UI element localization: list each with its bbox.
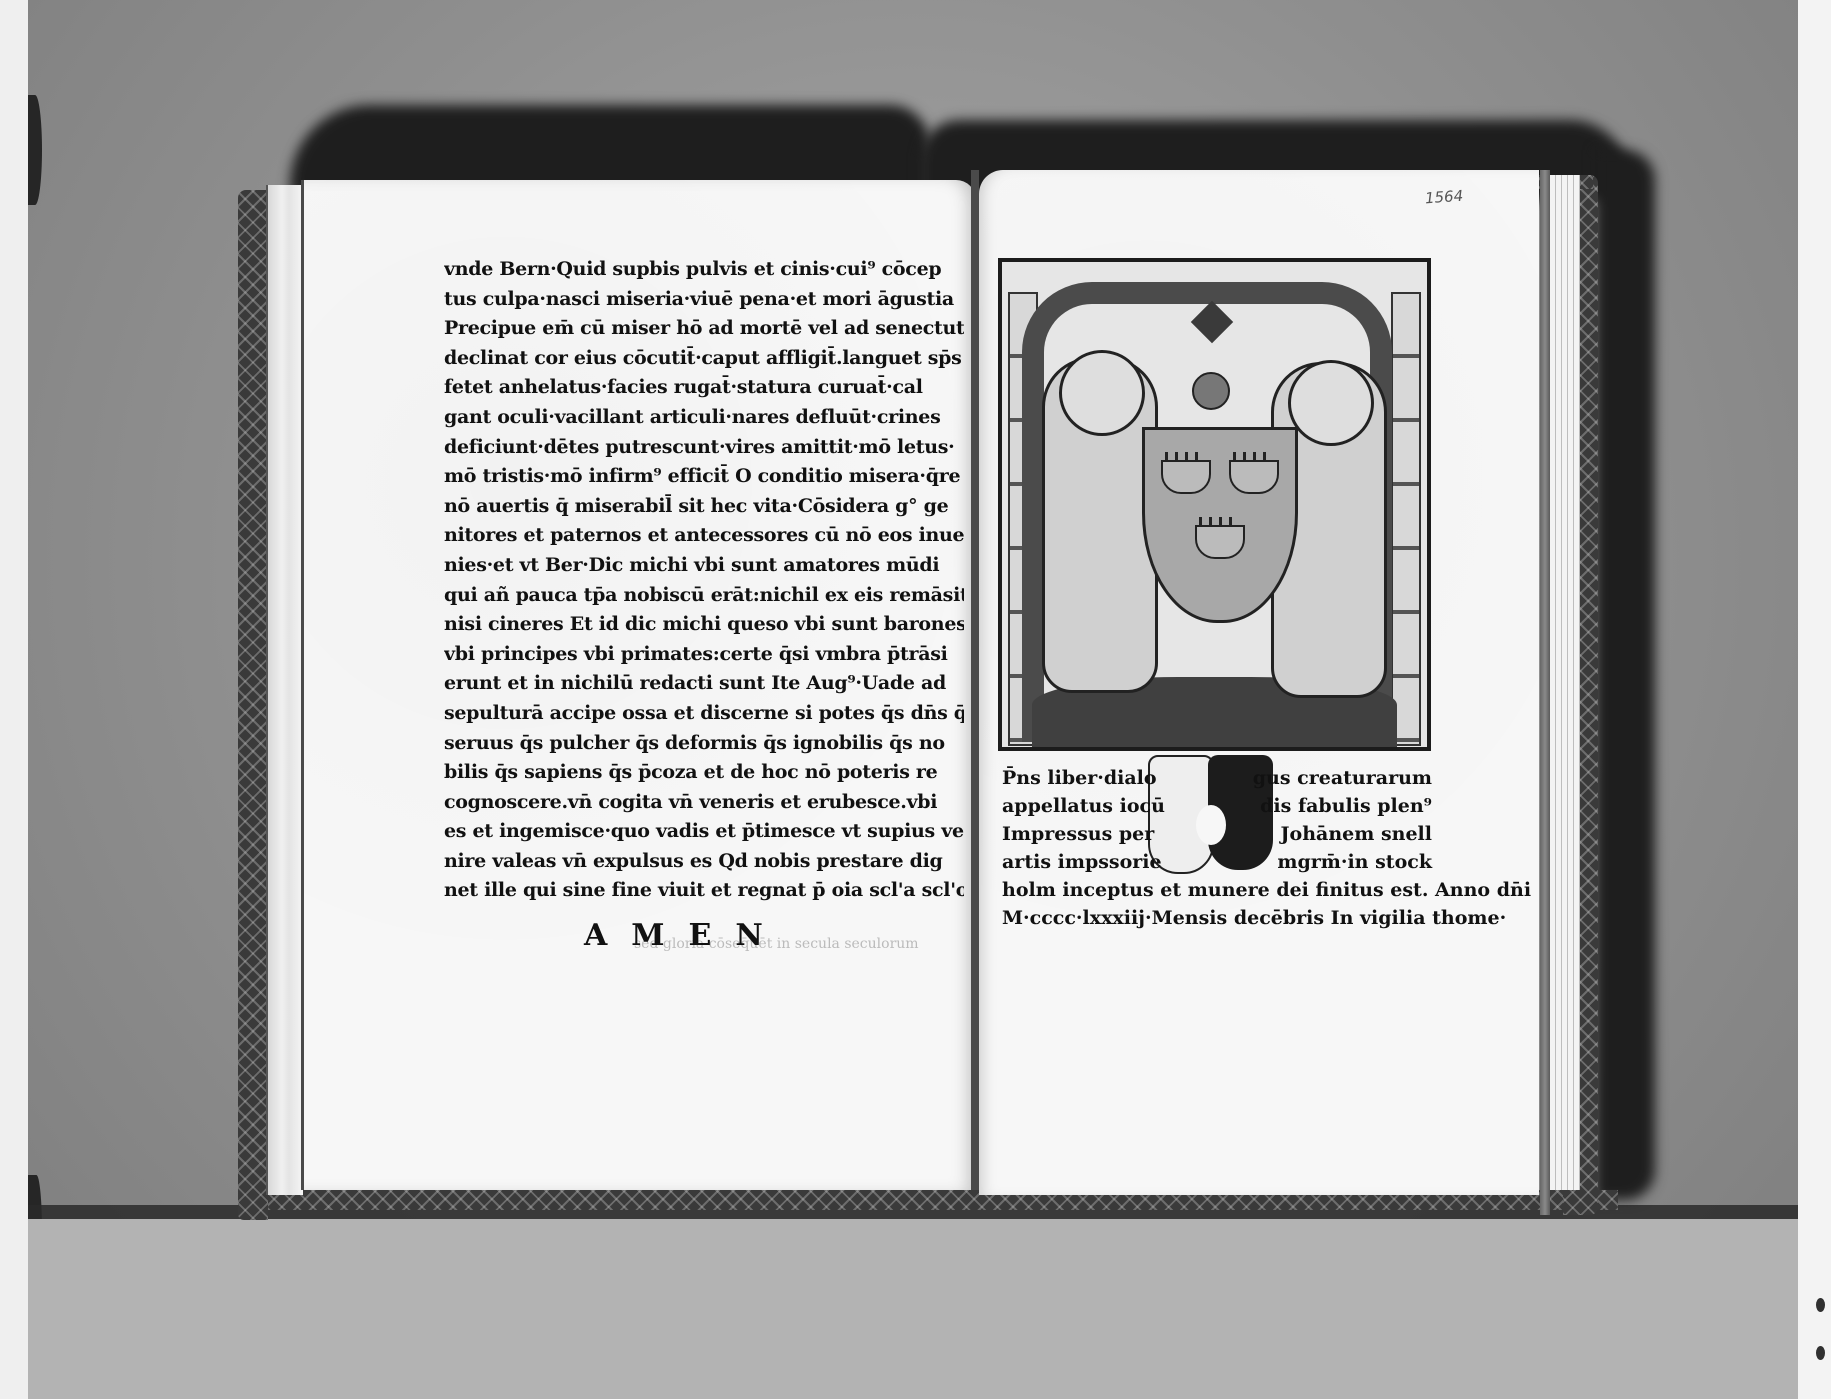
lion-supporter-left	[1042, 357, 1158, 693]
colophon-row: P̄ns liber·dialo gus creaturarum	[1002, 764, 1432, 792]
bookmark-ribbon	[1540, 170, 1550, 1215]
text-line: seruus q̄s pulcher q̄s deformis q̄s igno…	[444, 729, 964, 759]
lion-head-icon	[1288, 360, 1374, 446]
text-line: mō tristis·mō infirm⁹ efficit̄ O conditi…	[444, 462, 964, 492]
crown-icon	[1195, 525, 1245, 559]
colophon-right: dis fabulis plen⁹	[1260, 792, 1432, 820]
page-stack-left	[266, 185, 303, 1195]
colophon-left: P̄ns liber·dialo	[1002, 764, 1157, 792]
text-line: vbi principes vbi primates:certe q̄si vm…	[444, 640, 964, 670]
lion-head-icon	[1059, 350, 1145, 436]
text-line: deficiunt·dētes putrescunt·vires amittit…	[444, 433, 964, 463]
text-line: sepulturā accipe ossa et discerne si pot…	[444, 699, 964, 729]
colophon-row: holm inceptus et munere dei finitus est.…	[1002, 876, 1432, 904]
text-line: qui añ pauca tp̄a nobiscū erāt:nichil ex…	[444, 581, 964, 611]
text-line: Precipue em̄ cū miser hō ad mortē vel ad…	[444, 314, 964, 344]
text-line: nies·et vt Ber·Dic michi vbi sunt amator…	[444, 551, 964, 581]
text-line: erunt et in nichilū redacti sunt Ite Aug…	[444, 669, 964, 699]
colophon-row: appellatus iocū dis fabulis plen⁹	[1002, 792, 1432, 820]
support-surface	[28, 1219, 1798, 1399]
colophon-left: artis impssorie	[1002, 848, 1162, 876]
book-gutter	[971, 170, 979, 1190]
colophon-row: artis impssorie mgrm̄·in stock	[1002, 848, 1432, 876]
colophon-left: Impressus per	[1002, 820, 1154, 848]
text-line: fetet anhelatus·facies rugat̄·statura cu…	[444, 373, 964, 403]
edge-dot	[1816, 1298, 1825, 1312]
colophon-full-line: M·cccc·lxxxiij·Mensis decēbris In vigili…	[1002, 904, 1432, 932]
closing-amen: AMEN	[584, 918, 787, 953]
crown-icon	[1229, 460, 1279, 494]
text-line: bilis q̄s sapiens q̄s p̄coza et de hoc n…	[444, 758, 964, 788]
page-stack-right	[1550, 175, 1580, 1190]
text-line: gant oculi·vacillant articuli·nares defl…	[444, 403, 964, 433]
colophon-row: Impressus per Johānem snell	[1002, 820, 1432, 848]
left-page: vnde Bern·Quid supbis pulvis et cinis·cu…	[301, 180, 976, 1190]
colophon-row: M·cccc·lxxxiij·Mensis decēbris In vigili…	[1002, 904, 1432, 932]
text-line: vnde Bern·Quid supbis pulvis et cinis·cu…	[444, 255, 964, 285]
left-page-text: vnde Bern·Quid supbis pulvis et cinis·cu…	[444, 255, 964, 906]
edge-dot	[1816, 1346, 1825, 1360]
text-line: nisi cineres Et id dic michi queso vbi s…	[444, 610, 964, 640]
pencil-annotation: 1564	[1424, 187, 1463, 208]
text-line: es et ingemisce·quo vadis et p̄timesce v…	[444, 817, 964, 847]
mount-corner-mark-top	[28, 95, 42, 205]
text-line: nire valeas vn̄ expulsus es Qd nobis pre…	[444, 847, 964, 877]
text-line: tus culpa·nasci miseria·viuē pena·et mor…	[444, 285, 964, 315]
colophon-full-line: holm inceptus et munere dei finitus est.…	[1002, 876, 1432, 904]
pillar-right	[1391, 292, 1421, 746]
text-line: cognoscere.vn̄ cogita vn̄ veneris et eru…	[444, 788, 964, 818]
crown-icon	[1161, 460, 1211, 494]
text-line: nitores et paternos et antecessores cū n…	[444, 521, 964, 551]
text-line: nō auertis q̄ miserabil̄ sit hec vita·Cō…	[444, 492, 964, 522]
cover-edge-left	[238, 190, 268, 1220]
text-line: net ille qui sine fine viuit et regnat p…	[444, 876, 964, 906]
colophon-left: appellatus iocū	[1002, 792, 1165, 820]
woodcut-coat-of-arms	[998, 258, 1431, 751]
colophon-right: Johānem snell	[1281, 820, 1432, 848]
print-margin-right	[1798, 0, 1831, 1399]
print-margin-left	[0, 0, 28, 1399]
colophon-right: mgrm̄·in stock	[1277, 848, 1432, 876]
rose-crest-icon	[1192, 372, 1230, 410]
colophon: P̄ns liber·dialo gus creaturarum appella…	[1002, 764, 1432, 932]
colophon-right: gus creaturarum	[1253, 764, 1432, 792]
text-line: declinat cor eius cōcutit̄·caput affligi…	[444, 344, 964, 374]
